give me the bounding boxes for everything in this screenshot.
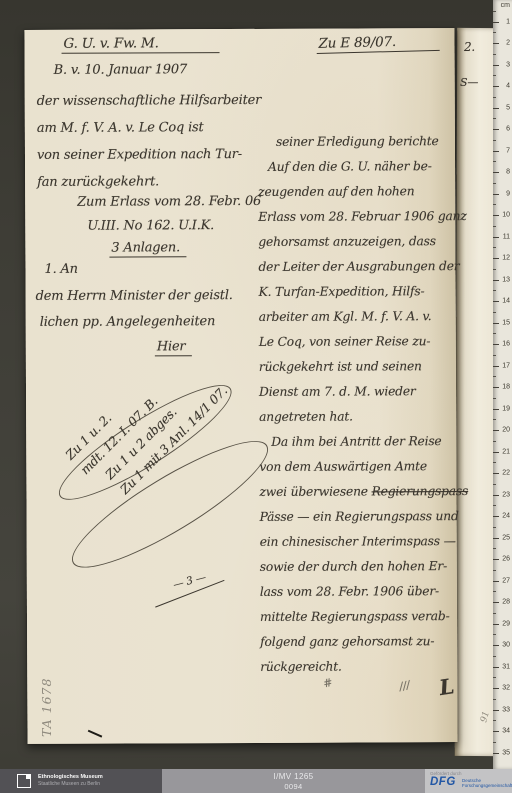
ruler-number: 8	[499, 169, 511, 176]
ruler-tick-minor	[493, 269, 496, 270]
ruler-number: 6	[499, 126, 511, 133]
right-column-line: gehorsamst anzuzeigen, dass	[258, 234, 436, 249]
ruler: cm 1234567891011121314151617181920212223…	[493, 0, 512, 769]
ruler-tick-minor	[493, 183, 496, 184]
archive-number-vertical: TA 1678	[39, 678, 54, 737]
left-column: der wissenschaftliche Hilfsarbeiteram M.…	[24, 28, 454, 30]
ruler-number: 35	[499, 749, 511, 756]
right-column-line: der Leiter der Ausgrabungen der	[258, 259, 459, 274]
inventory-number: I/MV 1265	[162, 772, 425, 781]
ruler-tick-minor	[493, 161, 496, 162]
museum-name: Ethnologisches Museum	[38, 774, 103, 780]
right-column-line: seiner Erledigung berichte	[276, 134, 439, 149]
ruler-tick-minor	[493, 484, 496, 485]
ruler-tick-minor	[493, 140, 496, 141]
ruler-tick-minor	[493, 247, 496, 248]
left-column-line: U.III. No 162. U.I.K.	[87, 218, 214, 234]
flourish-mark: L	[438, 673, 456, 700]
left-column-line: Zum Erlass vom 28. Febr. 06	[77, 194, 261, 210]
ruler-number: 30	[499, 642, 511, 649]
ruler-number: 21	[499, 448, 511, 455]
left-column-line: fan zurückgekehrt.	[37, 174, 159, 190]
edge-mark: 2.	[464, 40, 475, 54]
right-column-line: Da ihm bei Antritt der Reise	[271, 434, 441, 449]
ruler-tick-minor	[493, 613, 496, 614]
right-column-line: rückgekehrt ist und seinen	[259, 359, 422, 374]
ruler-tick-minor	[493, 677, 496, 678]
ruler-number: 19	[499, 405, 511, 412]
right-column-line: folgend ganz gehorsamst zu-	[260, 634, 434, 649]
edge-tick	[88, 730, 103, 738]
right-column-line: arbeiter am Kgl. M. f. V. A. v.	[259, 309, 432, 324]
ruler-tick-minor	[493, 570, 496, 571]
ruler-number: 23	[499, 491, 511, 498]
right-column-line: rückgereicht.	[260, 660, 341, 674]
right-column-line: K. Turfan-Expedition, Hilfs-	[259, 284, 425, 299]
next-page-edge	[455, 28, 499, 756]
ruler-number: 9	[499, 190, 511, 197]
ruler-tick-minor	[493, 75, 496, 76]
scan-page-number: 0094	[162, 782, 425, 791]
right-column-line: von dem Auswärtigen Amte	[259, 459, 427, 474]
ruler-number: 33	[499, 706, 511, 713]
ruler-number: 3	[499, 61, 511, 68]
right-column-line: mittelte Regierungspass verab-	[260, 609, 450, 624]
ruler-number: 12	[499, 255, 511, 262]
ruler-tick-minor	[493, 462, 496, 463]
left-column-line: dem Herrn Minister der geistl.	[36, 288, 233, 304]
ruler-number: 7	[499, 147, 511, 154]
ruler-tick-minor	[493, 398, 496, 399]
file-reference: Zu E 89/07.	[316, 33, 439, 54]
ruler-number: 27	[499, 577, 511, 584]
ruler-number: 14	[499, 298, 511, 305]
right-column-line: Auf den die G. U. näher be-	[268, 159, 432, 174]
ruler-tick-minor	[493, 419, 496, 420]
dfg-logo: DFG	[430, 776, 456, 788]
ruler-tick-minor	[493, 591, 496, 592]
ruler-number: 24	[499, 513, 511, 520]
right-column-line: Pässe — ein Regierungspass und	[260, 509, 459, 524]
right-column: seiner Erledigung berichteAuf den die G.…	[258, 134, 463, 135]
left-column-line: von seiner Expedition nach Tur-	[37, 147, 242, 163]
ruler-tick-minor	[493, 656, 496, 657]
ruler-tick-minor	[493, 355, 496, 356]
ruler-tick-minor	[493, 742, 496, 743]
ruler-number: 18	[499, 384, 511, 391]
ruler-number: 4	[499, 83, 511, 90]
ruler-unit-label: cm	[501, 2, 510, 9]
ruler-tick-minor	[493, 505, 496, 506]
ruler-number: 15	[499, 319, 511, 326]
ruler-tick-minor	[493, 204, 496, 205]
document-page: G. U. v. Fw. M. B. v. 10. Januar 1907 Zu…	[24, 28, 457, 744]
ruler-tick-minor	[493, 54, 496, 55]
ruler-tick-minor	[493, 118, 496, 119]
right-column-line: zeugenden auf den hohen	[258, 184, 414, 199]
left-column-line: am M. f. V. A. v. Le Coq ist	[37, 120, 204, 136]
ruler-number: 16	[499, 341, 511, 348]
ruler-number: 13	[499, 276, 511, 283]
right-column-line: ein chinesischer Interimspass —	[260, 534, 456, 549]
check-mark: ///	[398, 678, 411, 693]
right-column-line: lass vom 28. Febr. 1906 über-	[260, 584, 439, 599]
left-column-line: der wissenschaftliche Hilfsarbeiter	[37, 93, 261, 109]
ruler-number: 28	[499, 599, 511, 606]
footer-id-section: I/MV 1265 0094	[162, 769, 425, 793]
ruler-number: 31	[499, 663, 511, 670]
left-column-line: 3 Anlagen.	[109, 240, 186, 257]
ruler-tick-minor	[493, 32, 496, 33]
right-column-line: angetreten hat.	[259, 410, 353, 424]
ruler-number: 22	[499, 470, 511, 477]
ruler-number: 32	[499, 685, 511, 692]
footer-museum-section: Ethnologisches Museum Staatliche Museen …	[0, 769, 162, 793]
ruler-number: 20	[499, 427, 511, 434]
right-column-line: sowie der durch den hohen Er-	[260, 559, 447, 574]
ruler-number: 34	[499, 728, 511, 735]
ruler-number: 17	[499, 362, 511, 369]
right-column-line: Dienst am 7. d. M. wieder	[259, 384, 416, 399]
ruler-number: 11	[499, 233, 511, 240]
ruler-tick-minor	[493, 11, 496, 12]
ruler-number: 2	[499, 40, 511, 47]
registry-header: G. U. v. Fw. M.	[61, 35, 219, 54]
ruler-number: 1	[499, 18, 511, 25]
left-column-line: lichen pp. Angelegenheiten	[40, 314, 215, 330]
ruler-tick-minor	[493, 376, 496, 377]
check-mark: #	[322, 676, 334, 691]
museum-logo-icon	[17, 774, 31, 788]
scan-viewport: G. U. v. Fw. M. B. v. 10. Januar 1907 Zu…	[0, 0, 512, 793]
footer-funding-section: Gefördert durch DFG Deutsche Forschungsg…	[425, 769, 512, 793]
ruler-tick-minor	[493, 333, 496, 334]
ruler-tick-minor	[493, 548, 496, 549]
ruler-tick-minor	[493, 97, 496, 98]
ruler-tick-minor	[493, 441, 496, 442]
left-column-line: 1. An	[44, 262, 77, 277]
edge-mark: S—	[460, 76, 478, 89]
ruler-tick-minor	[493, 720, 496, 721]
museum-subtitle: Staatliche Museen zu Berlin	[38, 781, 100, 787]
ruler-number: 29	[499, 620, 511, 627]
ruler-tick-minor	[493, 226, 496, 227]
ruler-tick-minor	[493, 527, 496, 528]
right-column-line: Le Coq, von seiner Reise zu-	[259, 334, 431, 349]
footer-bar: Ethnologisches Museum Staatliche Museen …	[0, 769, 512, 793]
ruler-tick-minor	[493, 290, 496, 291]
right-column-line: zwei überwiesene Regierungspass	[259, 484, 468, 499]
ruler-tick-minor	[493, 634, 496, 635]
dfg-name-line2: Forschungsgemeinschaft	[462, 783, 512, 788]
ruler-number: 25	[499, 534, 511, 541]
date-line: B. v. 10. Januar 1907	[54, 62, 187, 78]
check-marks: #///	[24, 28, 454, 30]
right-column-line: Erlass vom 28. Februar 1906 ganz	[258, 209, 466, 224]
ruler-number: 5	[499, 104, 511, 111]
ruler-tick-minor	[493, 312, 496, 313]
ruler-tick-minor	[493, 699, 496, 700]
ruler-number: 26	[499, 556, 511, 563]
ruler-number: 10	[499, 212, 511, 219]
